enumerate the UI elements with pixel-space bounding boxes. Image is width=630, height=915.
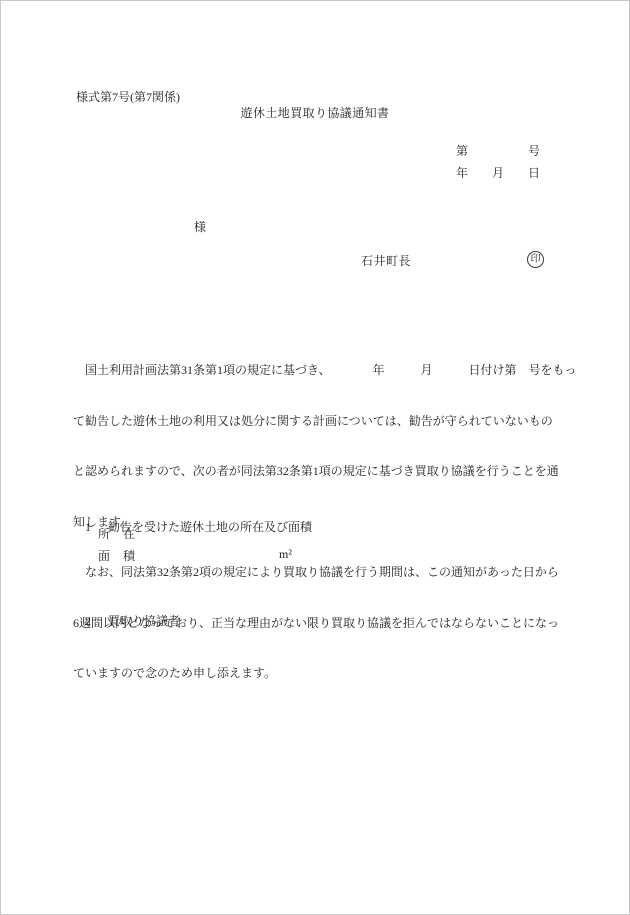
area-unit: m² xyxy=(279,547,292,562)
body-line: ていますので念のため申し添えます。 xyxy=(73,663,573,684)
seal-mark: 印 xyxy=(527,251,544,268)
location-label: 所 在 xyxy=(98,525,136,542)
section-2-title: 買取り協議者 xyxy=(108,614,180,628)
section-1-title: 勧告を受けた遊休土地の所在及び面積 xyxy=(108,520,312,534)
document-number-line: 第 号 xyxy=(456,142,540,159)
body-line: と認められますので、次の者が同法第32条第1項の規定に基づき買取り協議を行うこと… xyxy=(73,461,573,482)
addressee-honorific: 様 xyxy=(194,218,206,235)
document-date-line: 年 月 日 xyxy=(456,164,540,181)
document-page: 様式第7号(第7関係) 遊休土地買取り協議通知書 第 号 年 月 日 様 石井町… xyxy=(0,0,630,915)
area-label: 面 積 xyxy=(98,547,136,564)
body-line: て勧告した遊休土地の利用又は処分に関する計画については、勧告が守られていないもの xyxy=(73,411,573,432)
section-2-number: 2 xyxy=(85,614,108,629)
form-number: 様式第7号(第7関係) xyxy=(76,88,180,105)
body-line: なお、同法第32条第2項の規定により買取り協議を行う期間は、この通知があった日か… xyxy=(73,562,573,583)
sender-title: 石井町長 xyxy=(361,252,411,269)
section-2-heading: 2買取り協議者 xyxy=(73,597,180,644)
seal-label: 印 xyxy=(531,255,541,265)
body-line: 国土利用計画法第31条第1項の規定に基づき、 年 月 日付け第 号をもっ xyxy=(73,360,573,381)
document-title: 遊休土地買取り協議通知書 xyxy=(1,104,629,121)
